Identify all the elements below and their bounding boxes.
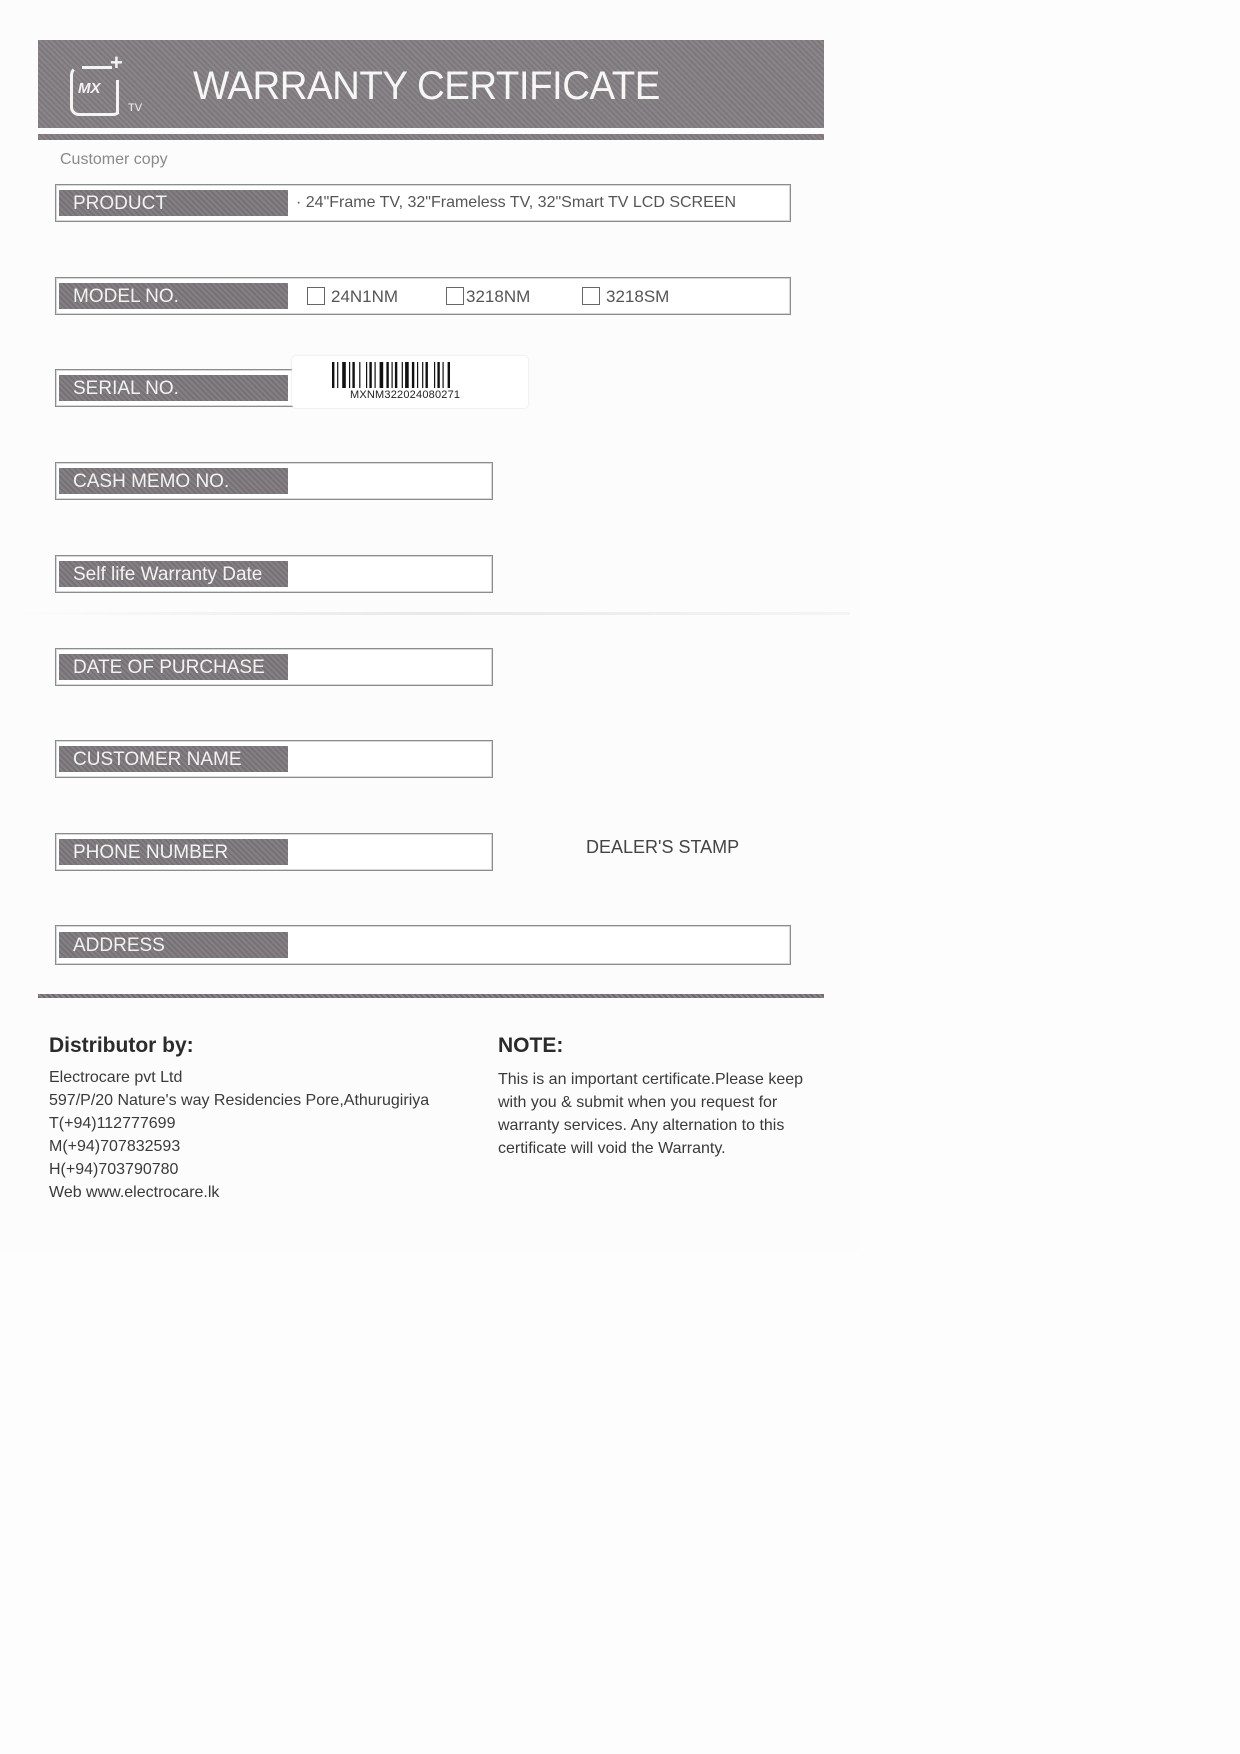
customer-name-field[interactable]: CUSTOMER NAME xyxy=(55,740,493,778)
customer-name-label: CUSTOMER NAME xyxy=(59,746,288,772)
mx-tv-logo-icon: + MX TV xyxy=(70,56,160,122)
note-text: This is an important certificate.Please … xyxy=(498,1068,828,1160)
phone-label: PHONE NUMBER xyxy=(59,839,288,865)
barcode-icon xyxy=(332,362,492,388)
distributor-company: Electrocare pvt Ltd xyxy=(49,1066,429,1089)
cash-memo-field[interactable]: CASH MEMO NO. xyxy=(55,462,493,500)
distributor-heading: Distributor by: xyxy=(49,1034,194,1058)
dealer-stamp-label: DEALER'S STAMP xyxy=(586,837,739,858)
model-field: MODEL NO. 24N1NM 3218NM 3218SM xyxy=(55,277,791,315)
distributor-website: Web www.electrocare.lk xyxy=(49,1181,429,1204)
logo-sub: TV xyxy=(128,102,142,114)
copy-label: Customer copy xyxy=(60,151,168,169)
model-option-label: 24N1NM xyxy=(331,287,398,306)
self-life-warranty-field[interactable]: Self life Warranty Date xyxy=(55,555,493,593)
note-heading: NOTE: xyxy=(498,1034,563,1058)
footer-divider xyxy=(38,994,824,998)
distributor-mobile: M(+94)707832593 xyxy=(49,1135,429,1158)
checkbox[interactable] xyxy=(307,287,325,305)
model-label: MODEL NO. xyxy=(59,283,288,309)
product-label: PRODUCT xyxy=(59,190,288,216)
self-life-warranty-label: Self life Warranty Date xyxy=(59,561,288,587)
address-field[interactable]: ADDRESS xyxy=(55,925,791,965)
distributor-telephone: T(+94)112777699 xyxy=(49,1112,429,1135)
product-field: PRODUCT · 24"Frame TV, 32"Frameless TV, … xyxy=(55,184,791,222)
model-option-label: 3218NM xyxy=(466,287,530,306)
cash-memo-label: CASH MEMO NO. xyxy=(59,468,288,494)
serial-barcode-sticker: MXNM322024080271 xyxy=(292,356,528,408)
header-underline xyxy=(38,134,824,140)
serial-number: MXNM322024080271 xyxy=(350,389,460,401)
page-title: WARRANTY CERTIFICATE xyxy=(193,64,660,109)
model-option-3218sm[interactable]: 3218SM xyxy=(582,287,669,307)
distributor-hotline: H(+94)703790780 xyxy=(49,1158,429,1181)
model-option-label: 3218SM xyxy=(606,287,669,306)
logo-plus-icon: + xyxy=(110,50,123,76)
distributor-address: 597/P/20 Nature's way Residencies Pore,A… xyxy=(49,1089,429,1112)
paper-fold-line xyxy=(10,612,850,615)
purchase-date-label: DATE OF PURCHASE xyxy=(59,654,288,680)
product-value: · 24"Frame TV, 32"Frameless TV, 32"Smart… xyxy=(296,194,736,212)
logo-frame-right xyxy=(116,80,119,114)
serial-label: SERIAL NO. xyxy=(59,375,288,401)
model-option-3218nm[interactable]: 3218NM xyxy=(446,287,530,307)
phone-field[interactable]: PHONE NUMBER xyxy=(55,833,493,871)
checkbox[interactable] xyxy=(582,287,600,305)
model-option-24n1nm[interactable]: 24N1NM xyxy=(307,287,398,307)
purchase-date-field[interactable]: DATE OF PURCHASE xyxy=(55,648,493,686)
checkbox[interactable] xyxy=(446,287,464,305)
logo-brand: MX xyxy=(78,80,101,97)
address-label: ADDRESS xyxy=(59,932,288,958)
distributor-details: Electrocare pvt Ltd 597/P/20 Nature's wa… xyxy=(49,1066,429,1204)
logo-frame-top xyxy=(82,66,112,69)
